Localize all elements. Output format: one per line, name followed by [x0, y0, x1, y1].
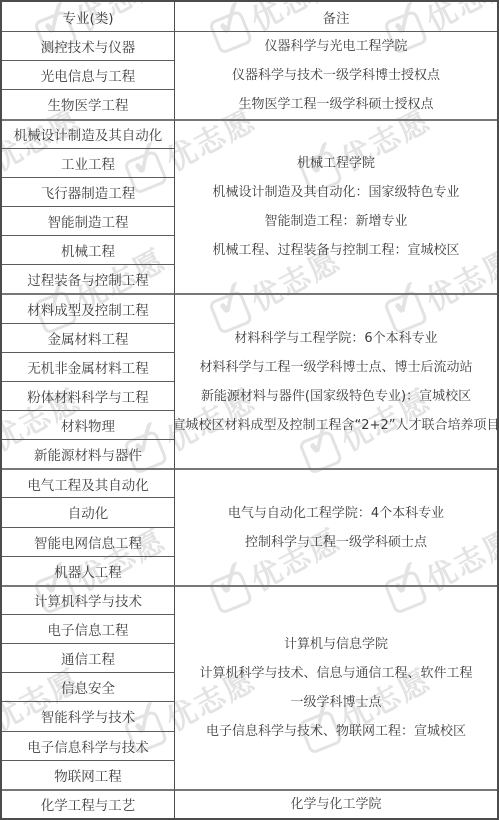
remark-line: 电气与自动化工程学院：4个本科专业: [228, 499, 444, 528]
remark-line: 机械工程学院: [297, 149, 375, 178]
major-cell: 材料成型及控制工程: [2, 293, 175, 322]
remark-line: 智能制造工程：新增专业: [264, 207, 407, 236]
remark-line: 电子信息科学与技术、物联网工程：宣城校区: [206, 717, 466, 746]
major-cell: 机器人工程: [2, 556, 175, 585]
major-cell: 光电信息与工程: [2, 60, 175, 89]
major-cell: 机械设计制造及其自动化: [2, 119, 175, 148]
remark-line: 机械工程、过程装备与控制工程：宣城校区: [212, 236, 459, 265]
major-cell: 新能源材料与器件: [2, 439, 175, 468]
remark-line: 计算机与信息学院: [284, 630, 388, 659]
remark-line: 机械设计制造及其自动化：国家级特色专业: [212, 178, 459, 207]
major-cell: 无机非金属材料工程: [2, 352, 175, 381]
major-cell: 自动化: [2, 497, 175, 526]
remark-line: 材料科学与工程一级学科博士点、博士后流动站: [199, 353, 472, 382]
remark-section-materials: 材料科学与工程学院：6个本科专业 材料科学与工程一级学科博士点、博士后流动站 新…: [175, 293, 497, 468]
remark-line: 新能源材料与器件(国家级特色专业)：宣城校区: [201, 382, 471, 411]
remark-line: 材料科学与工程学院：6个本科专业: [234, 324, 437, 353]
major-cell: 材料物理: [2, 410, 175, 439]
major-cell: 智能制造工程: [2, 206, 175, 235]
major-cell: 电子信息工程: [2, 614, 175, 643]
major-cell: 金属材料工程: [2, 323, 175, 352]
major-cell: 飞行器制造工程: [2, 177, 175, 206]
major-cell: 机械工程: [2, 235, 175, 264]
major-cell: 化学工程与工艺: [2, 789, 175, 818]
remark-line: 一级学科博士点: [290, 688, 381, 717]
remark-section-electrical: 电气与自动化工程学院：4个本科专业 控制科学与工程一级学科硕士点: [175, 468, 497, 585]
remark-section-computer: 计算机与信息学院 计算机科学与技术、信息与通信工程、软件工程 一级学科博士点 电…: [175, 585, 497, 789]
remark-line: 仪器科学与光电工程学院: [264, 32, 407, 61]
remark-line: 仪器科学与技术一级学科博士授权点: [232, 61, 440, 90]
remark-section-mechanical: 机械工程学院 机械设计制造及其自动化：国家级特色专业 智能制造工程：新增专业 机…: [175, 119, 497, 294]
column-header-major: 专业(类): [2, 2, 175, 31]
remark-line: 化学与化工学院: [290, 790, 381, 818]
remark-line: 计算机科学与技术、信息与通信工程、软件工程: [199, 659, 472, 688]
majors-table: 专业(类) 备注 测控技术与仪器 光电信息与工程 生物医学工程 机械设计制造及其…: [0, 0, 499, 820]
major-cell: 计算机科学与技术: [2, 585, 175, 614]
major-cell: 电子信息科学与技术: [2, 731, 175, 760]
major-cell: 电气工程及其自动化: [2, 468, 175, 497]
major-cell: 物联网工程: [2, 760, 175, 789]
major-cell: 智能科学与技术: [2, 701, 175, 730]
major-cell: 测控技术与仪器: [2, 31, 175, 60]
major-cell: 过程装备与控制工程: [2, 264, 175, 293]
major-cell: 智能电网信息工程: [2, 527, 175, 556]
column-header-remark: 备注: [175, 2, 497, 31]
major-cell: 信息安全: [2, 672, 175, 701]
major-cell: 粉体材料科学与工程: [2, 381, 175, 410]
remark-section-instruments: 仪器科学与光电工程学院 仪器科学与技术一级学科博士授权点 生物医学工程一级学科硕…: [175, 31, 497, 118]
major-cell: 生物医学工程: [2, 89, 175, 118]
major-cell: 工业工程: [2, 148, 175, 177]
remark-line: 控制科学与工程一级学科硕士点: [245, 528, 427, 557]
major-cell: 通信工程: [2, 643, 175, 672]
majors-remarks-table-screen: ✓优志愿✓优志愿✓优志愿✓优志愿✓优志愿✓优志愿✓优志愿✓优志愿✓优志愿✓优志愿…: [0, 0, 499, 820]
remark-section-chemical: 化学与化工学院: [175, 789, 497, 818]
remark-line: 生物医学工程一级学科硕士授权点: [238, 90, 433, 119]
remark-line: 宣城校区材料成型及控制工程含“2+2”人才联合培养项目: [175, 411, 497, 440]
